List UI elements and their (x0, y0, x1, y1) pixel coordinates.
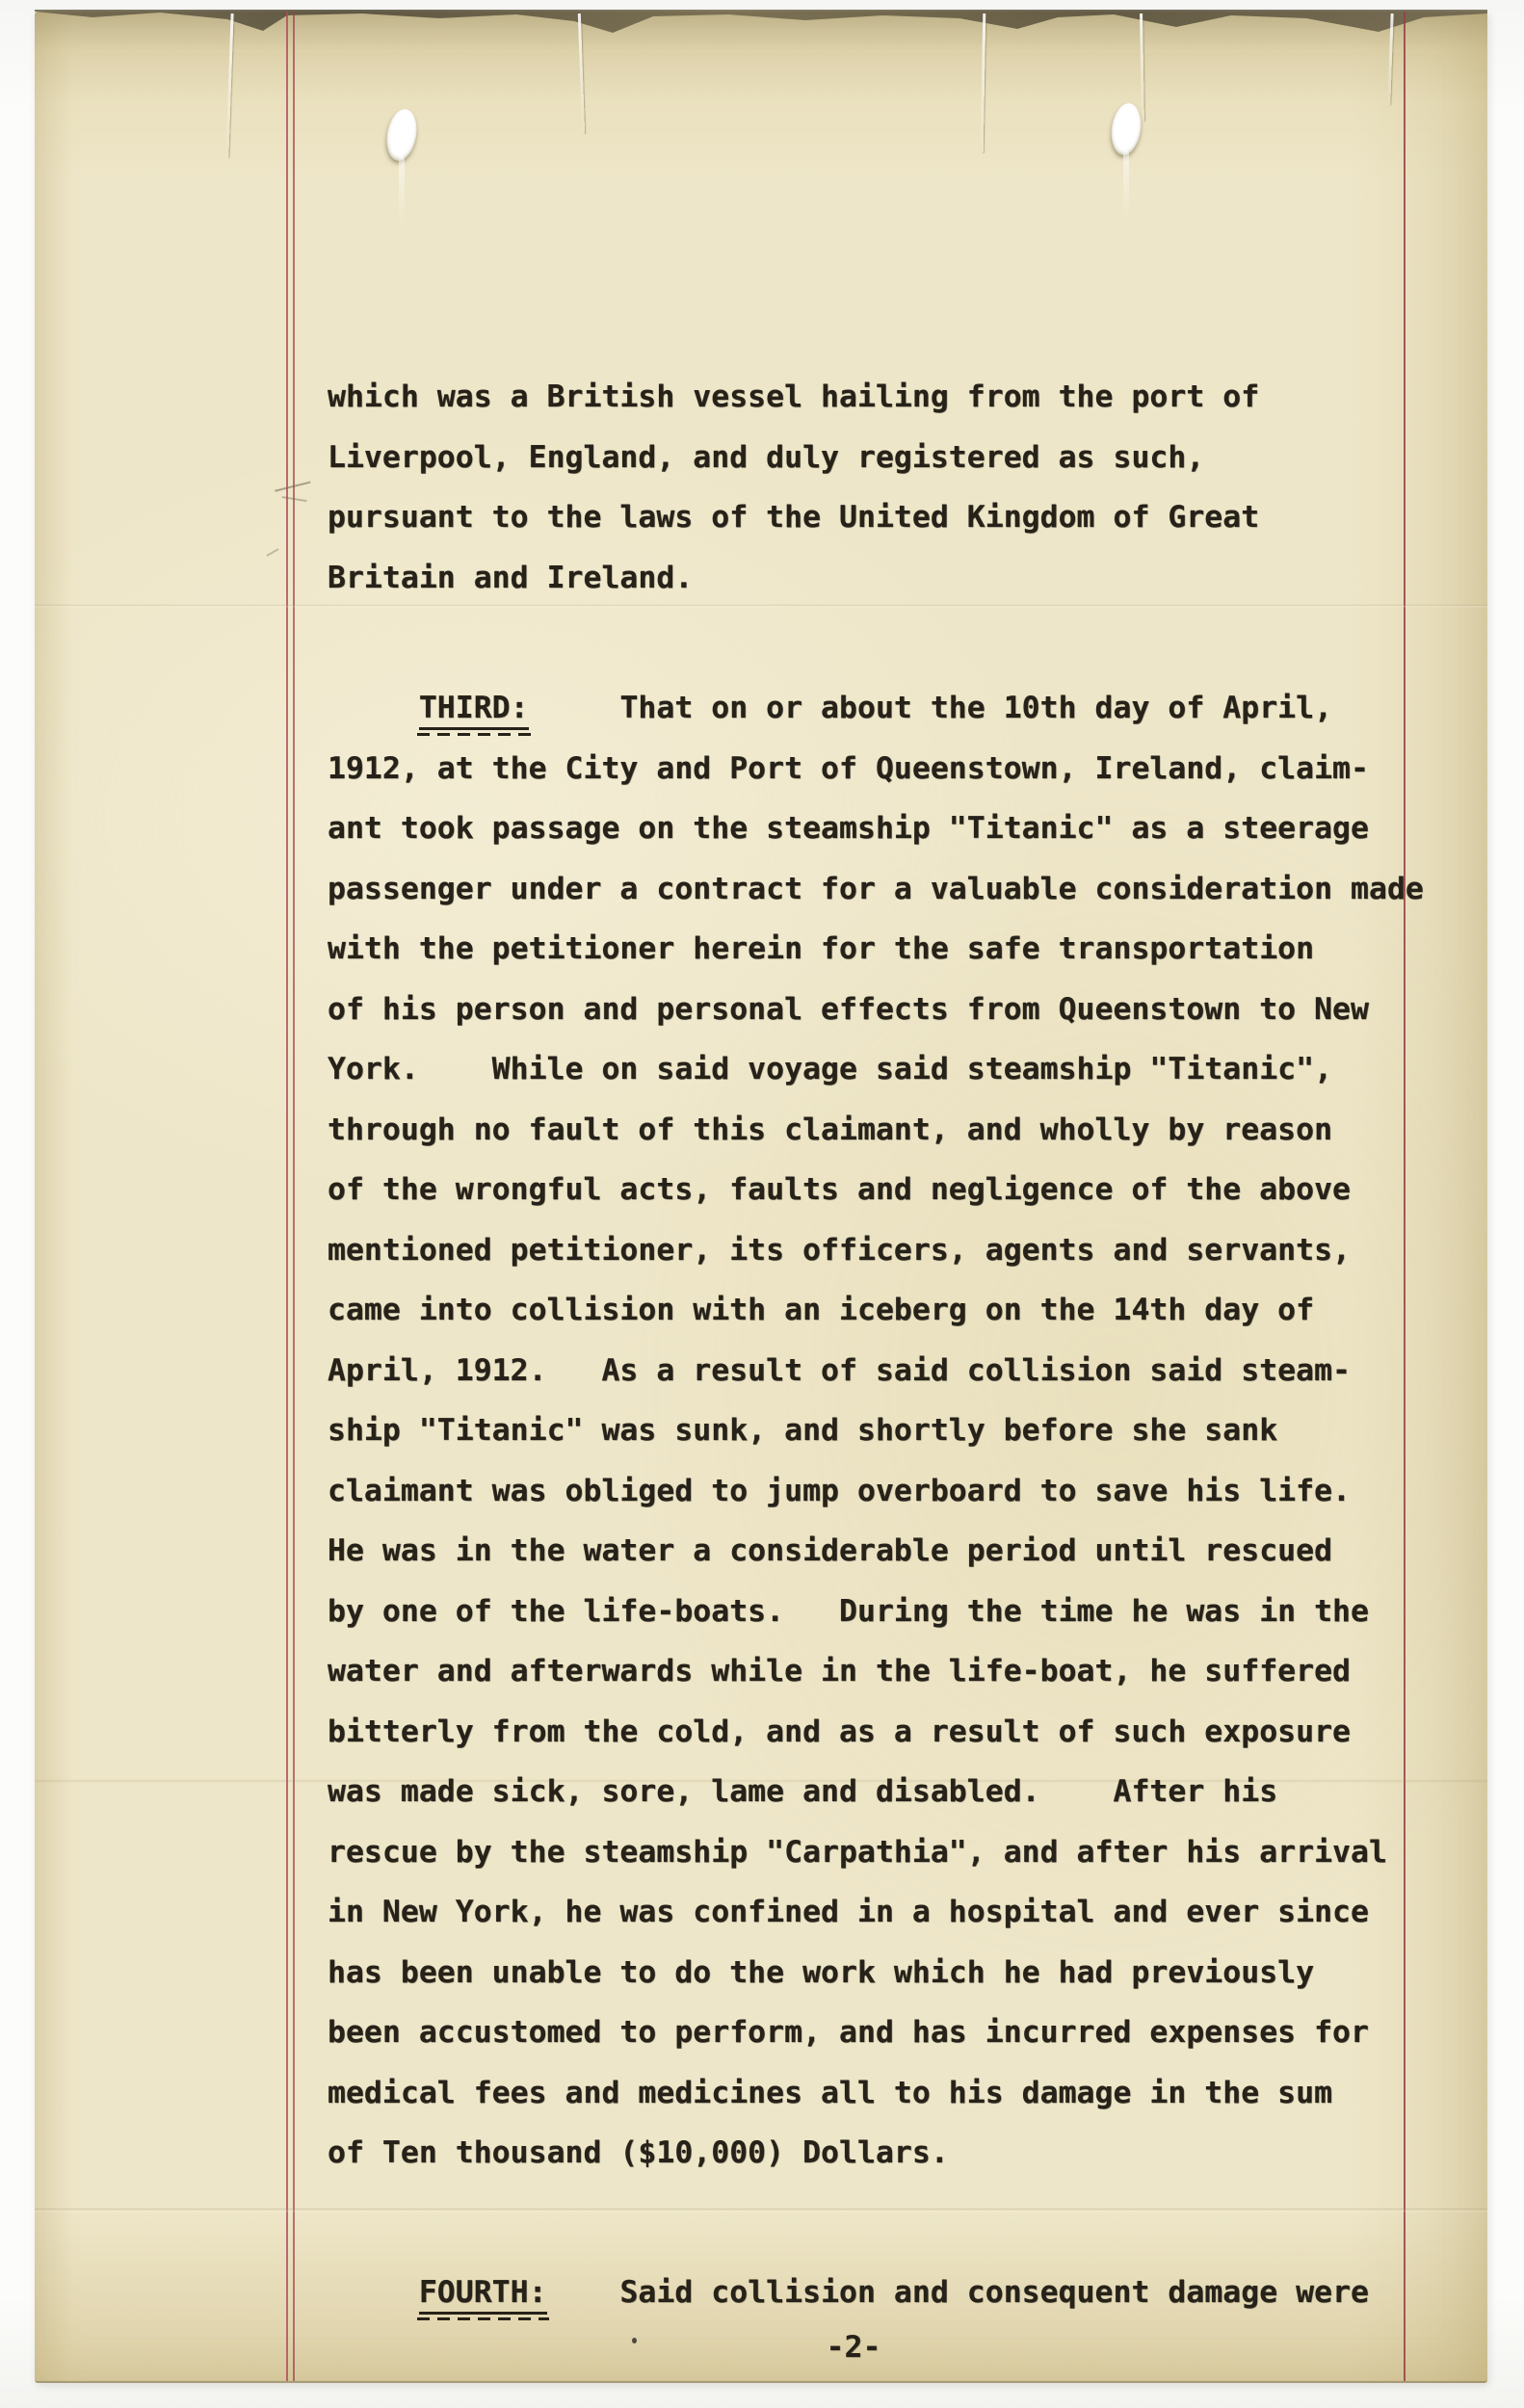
typed-segment: medical fees and medicines all to his da… (328, 2076, 1332, 2110)
typed-segment: water and afterwards while in the life-b… (328, 1654, 1351, 1688)
typed-segment: with the petitioner herein for the safe … (328, 931, 1314, 966)
typed-line: bitterly from the cold, and as a result … (328, 1702, 1424, 1763)
typed-segment: ship "Titanic" was sunk, and shortly bef… (328, 1413, 1277, 1448)
typed-line: with the petitioner herein for the safe … (328, 919, 1424, 980)
typed-segment: April, 1912. As a result of said collisi… (328, 1353, 1351, 1388)
typed-segment: of Ten thousand ($10,000) Dollars. (328, 2135, 949, 2170)
heading-underlined: FOURTH: (419, 2275, 547, 2315)
typed-line: pursuant to the laws of the United Kingd… (328, 487, 1259, 548)
page-number: -2- (796, 2317, 911, 2378)
typed-segment: York. While on said voyage said steamshi… (328, 1052, 1332, 1086)
pencil-mark (280, 496, 306, 510)
typed-line: was made sick, sore, lame and disabled. … (328, 1762, 1424, 1822)
margin-rule-left-inner (293, 12, 295, 2381)
typed-line: by one of the life-boats. During the tim… (328, 1582, 1424, 1642)
paragraph-third: THIRD: That on or about the 10th day of … (328, 678, 1424, 2184)
paragraph-vessel-registration: which was a British vessel hailing from … (328, 367, 1259, 608)
typed-line: been accustomed to perform, and has incu… (328, 2002, 1424, 2063)
paper-tear (225, 13, 233, 158)
typed-line: rescue by the steamship "Carpathia", and… (328, 1822, 1424, 1883)
typed-line: medical fees and medicines all to his da… (328, 2063, 1424, 2124)
typed-line: of Ten thousand ($10,000) Dollars. (328, 2123, 1424, 2184)
typed-segment: been accustomed to perform, and has incu… (328, 2015, 1369, 2050)
typed-segment: He was in the water a considerable perio… (328, 1533, 1332, 1568)
typed-segment: through no fault of this claimant, and w… (328, 1112, 1332, 1147)
typed-line: in New York, he was confined in a hospit… (328, 1882, 1424, 1943)
typed-segment: Said collision and consequent damage wer… (547, 2275, 1369, 2310)
typed-segment: 1912, at the City and Port of Queenstown… (328, 751, 1369, 786)
typed-line: 1912, at the City and Port of Queenstown… (328, 739, 1424, 799)
typed-segment: has been unable to do the work which he … (328, 1955, 1314, 1990)
typed-segment: pursuant to the laws of the United Kingd… (328, 500, 1259, 535)
typed-line: April, 1912. As a result of said collisi… (328, 1341, 1424, 1401)
typed-line: through no fault of this claimant, and w… (328, 1100, 1424, 1161)
typed-segment: rescue by the steamship "Carpathia", and… (328, 1835, 1387, 1870)
typed-segment: claimant was obliged to jump overboard t… (328, 1474, 1351, 1508)
typed-segment: passenger under a contract for a valuabl… (328, 872, 1424, 906)
typed-line: FOURTH: Said collision and consequent da… (328, 2263, 1369, 2323)
typed-segment: in New York, he was confined in a hospit… (328, 1895, 1369, 1929)
typed-segment: That on or about the 10th day of April, (529, 691, 1332, 725)
typed-line: ant took passage on the steamship "Titan… (328, 798, 1424, 859)
typed-segment: Britain and Ireland. (328, 561, 693, 595)
typed-line: mentioned petitioner, its officers, agen… (328, 1220, 1424, 1281)
paper-sheet: which was a British vessel hailing from … (35, 12, 1487, 2383)
scanned-document-page: which was a British vessel hailing from … (0, 0, 1524, 2408)
typed-line: York. While on said voyage said steamshi… (328, 1039, 1424, 1100)
typed-segment (328, 691, 419, 725)
typed-line: ship "Titanic" was sunk, and shortly bef… (328, 1400, 1424, 1461)
typed-text: which was a British vessel hailing from … (328, 12, 1464, 2381)
typed-line: Britain and Ireland. (328, 548, 1259, 609)
typed-line: He was in the water a considerable perio… (328, 1521, 1424, 1582)
typed-segment: bitterly from the cold, and as a result … (328, 1714, 1351, 1749)
typed-segment: by one of the life-boats. During the tim… (328, 1594, 1369, 1629)
typed-segment: of his person and personal effects from … (328, 992, 1369, 1027)
heading-underlined: THIRD: (419, 691, 529, 730)
typed-segment: which was a British vessel hailing from … (328, 380, 1259, 414)
typed-line: which was a British vessel hailing from … (328, 367, 1259, 428)
typed-segment (328, 2275, 419, 2310)
typed-segment: came into collision with an iceberg on t… (328, 1293, 1314, 1327)
typed-line: claimant was obliged to jump overboard t… (328, 1461, 1424, 1522)
typed-line: has been unable to do the work which he … (328, 1943, 1424, 2003)
typed-segment: of the wrongful acts, faults and neglige… (328, 1172, 1351, 1207)
typed-line: Liverpool, England, and duly registered … (328, 428, 1259, 488)
typed-line: THIRD: That on or about the 10th day of … (328, 678, 1424, 739)
typed-line: came into collision with an iceberg on t… (328, 1280, 1424, 1341)
typed-line: of his person and personal effects from … (328, 980, 1424, 1040)
typed-line: of the wrongful acts, faults and neglige… (328, 1160, 1424, 1220)
margin-rule-left-outer (286, 12, 288, 2381)
paragraph-fourth: FOURTH: Said collision and consequent da… (328, 2263, 1369, 2323)
typed-segment: ant took passage on the steamship "Titan… (328, 811, 1369, 846)
typed-line: passenger under a contract for a valuabl… (328, 859, 1424, 920)
pencil-mark (266, 548, 282, 563)
typed-segment: Liverpool, England, and duly registered … (328, 440, 1204, 475)
typed-segment: mentioned petitioner, its officers, agen… (328, 1233, 1351, 1268)
typed-line: water and afterwards while in the life-b… (328, 1641, 1424, 1702)
typed-segment: was made sick, sore, lame and disabled. … (328, 1774, 1277, 1809)
